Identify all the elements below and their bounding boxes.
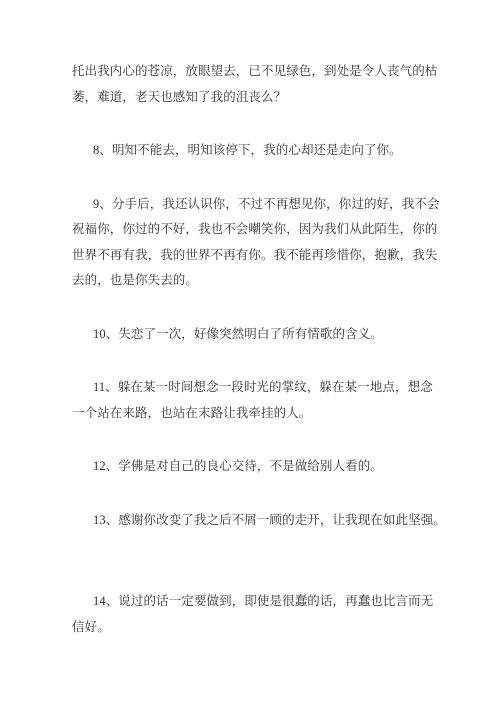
quote-item-10: 10、失恋了一次，好像突然明白了所有情歌的含义。	[72, 322, 442, 348]
quote-item-14: 14、说过的话一定要做到，即使是很蠢的话，再蠢也比言而无 信好。	[72, 589, 442, 640]
quote-item-13: 13、感谢你改变了我之后不屑一顾的走开，让我现在如此坚强。	[72, 508, 442, 534]
text-line: 13、感谢你改变了我之后不屑一顾的走开，让我现在如此坚强。	[72, 508, 442, 534]
text-line: 12、学佛是对自己的良心交待，不是做给别人看的。	[72, 454, 442, 480]
text-line: 11、躲在某一时间想念一段时光的掌纹，躲在某一地点，想念	[72, 375, 442, 401]
text-line: 世界不再有我，我的世界不再有你。我不能再珍惜你，抱歉，我失	[72, 243, 442, 269]
text-line: 14、说过的话一定要做到，即使是很蠢的话，再蠢也比言而无	[72, 589, 442, 615]
document-page: 托出我内心的苍凉，放眼望去，已不见绿色，到处是令人丧气的枯 萎，难道，老天也感知…	[0, 0, 500, 707]
quote-item-11: 11、躲在某一时间想念一段时光的掌纹，躲在某一地点，想念 一个站在来路，也站在末…	[72, 375, 442, 426]
text-line: 去的，也是你失去的。	[72, 268, 442, 294]
text-line: 信好。	[72, 615, 442, 641]
text-line: 一个站在来路，也站在末路让我牵挂的人。	[72, 401, 442, 427]
quote-item-8: 8、明知不能去，明知该停下，我的心却还是走向了你。	[72, 138, 442, 164]
quote-item-9: 9、分手后，我还认识你，不过不再想见你，你过的好，我不会 祝福你，你过的不好，我…	[72, 192, 442, 294]
text-line: 祝福你，你过的不好，我也不会嘲笑你，因为我们从此陌生，你的	[72, 217, 442, 243]
text-line: 9、分手后，我还认识你，不过不再想见你，你过的好，我不会	[72, 192, 442, 218]
text-line: 托出我内心的苍凉，放眼望去，已不见绿色，到处是令人丧气的枯	[72, 59, 442, 85]
text-line: 10、失恋了一次，好像突然明白了所有情歌的含义。	[72, 322, 442, 348]
quote-item-12: 12、学佛是对自己的良心交待，不是做给别人看的。	[72, 454, 442, 480]
text-line: 8、明知不能去，明知该停下，我的心却还是走向了你。	[72, 138, 442, 164]
paragraph-intro-continuation: 托出我内心的苍凉，放眼望去，已不见绿色，到处是令人丧气的枯 萎，难道，老天也感知…	[72, 59, 442, 110]
text-line: 萎，难道，老天也感知了我的沮丧么？	[72, 85, 442, 111]
